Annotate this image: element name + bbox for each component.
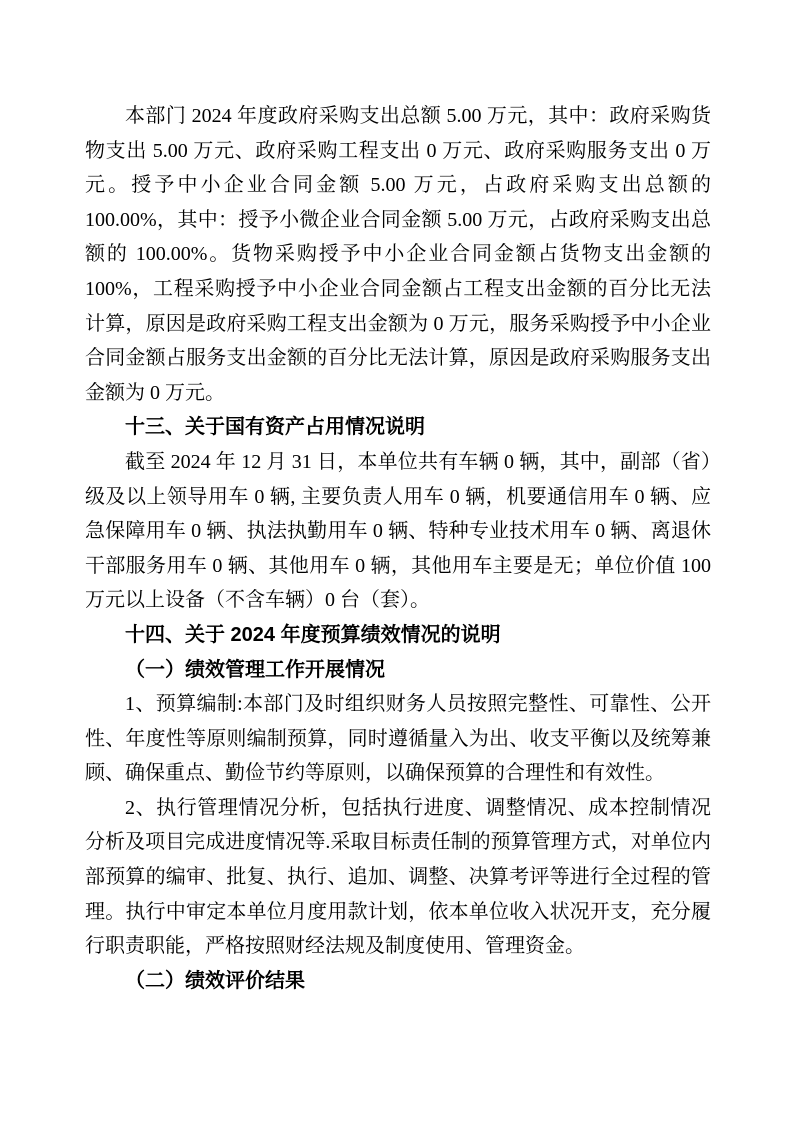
budget-preparation-paragraph: 1、预算编制:本部门及时组织财务人员按照完整性、可靠性、公开性、年度性等原则编制…	[85, 687, 711, 791]
execution-management-paragraph: 2、执行管理情况分析，包括执行进度、调整情况、成本控制情况分析及项目完成进度情况…	[85, 791, 711, 964]
state-assets-usage-paragraph: 截至 2024 年 12 月 31 日，本单位共有车辆 0 辆，其中，副部（省）…	[85, 445, 711, 618]
document-page: 本部门 2024 年度政府采购支出总额 5.00 万元，其中：政府采购货物支出 …	[0, 0, 793, 1122]
subsection-2-performance-evaluation-heading: （二）绩效评价结果	[85, 964, 711, 999]
section-13-state-assets-heading: 十三、关于国有资产占用情况说明	[85, 410, 711, 445]
section-14-budget-performance-heading: 十四、关于 2024 年度预算绩效情况的说明	[85, 618, 711, 653]
subsection-1-performance-management-heading: （一）绩效管理工作开展情况	[85, 653, 711, 688]
government-procurement-paragraph: 本部门 2024 年度政府采购支出总额 5.00 万元，其中：政府采购货物支出 …	[85, 99, 711, 410]
document-body: 本部门 2024 年度政府采购支出总额 5.00 万元，其中：政府采购货物支出 …	[85, 99, 711, 998]
